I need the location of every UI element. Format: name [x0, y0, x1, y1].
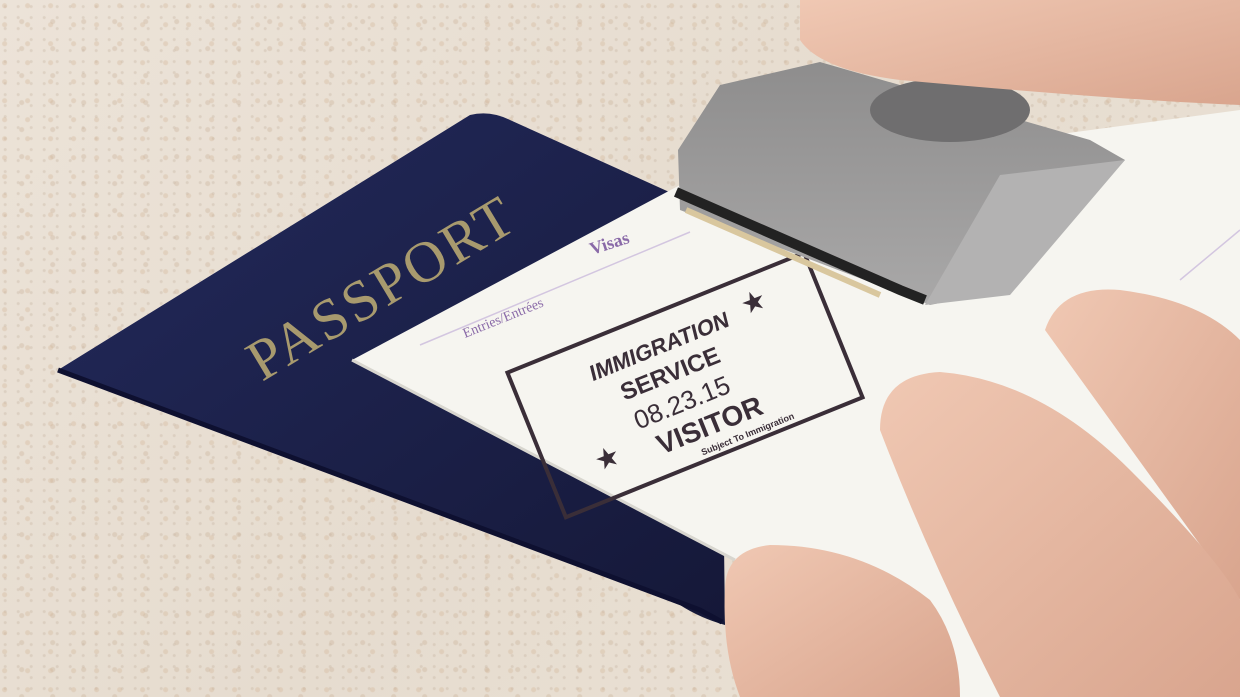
photo-scene: PASSPORT Entries/Entrées Visas ★ ★ IMMIG… [0, 0, 1240, 697]
scene-illustration: PASSPORT Entries/Entrées Visas ★ ★ IMMIG… [0, 0, 1240, 697]
